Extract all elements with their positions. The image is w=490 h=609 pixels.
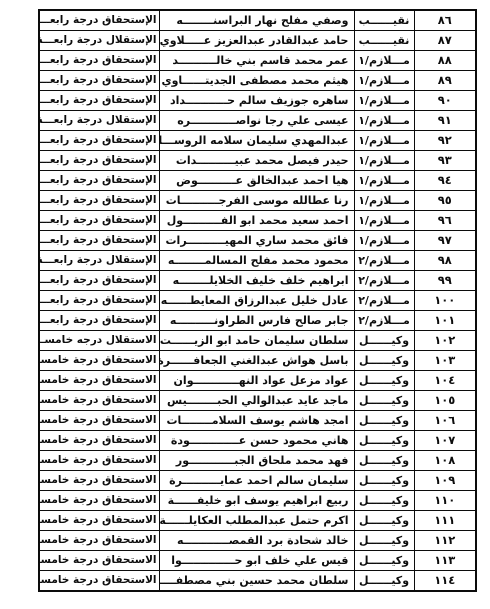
rank-cell: وكيــــــل xyxy=(354,331,414,351)
table-row: ١٠٥ وكيــــــل ماجد عايد عبدالوالي الحبـ… xyxy=(39,391,476,411)
medal-cell: الإستحقاق درجة رابعـــة xyxy=(39,151,159,171)
name-cell: امجد هاشم يوسف السلامــــــــات xyxy=(159,411,354,431)
row-number-cell: ٩١ xyxy=(414,111,476,131)
rank-cell: مـــلازم/٢ xyxy=(354,251,414,271)
medal-cell: الاستحقاق درجة خامســة xyxy=(39,551,159,571)
rank-cell: وكيــــــل xyxy=(354,491,414,511)
name-cell: سليمان سالم احمد عمايــــــــــرة xyxy=(159,471,354,491)
rank-cell: وكيــــــل xyxy=(354,511,414,531)
rank-cell: وكيــــــل xyxy=(354,551,414,571)
medal-cell: الاستحقاق درجة خامســة xyxy=(39,571,159,592)
row-number-cell: ٩٣ xyxy=(414,151,476,171)
medal-cell: الإستحقاق درجة رابعـــة xyxy=(39,131,159,151)
table-row: ٩٩ مـــلازم/٢ ابراهيم خلف خليف الخلايلــ… xyxy=(39,271,476,291)
table-row: ١٠٩ وكيــــــل سليمان سالم احمد عمايــــ… xyxy=(39,471,476,491)
rank-cell: نقيــــــب xyxy=(354,10,414,31)
medal-cell: الاستحقاق درجة خامســة xyxy=(39,431,159,451)
table-row: ٩٥ مـــلازم/١ رنا عطالله موسى الفرجـــــ… xyxy=(39,191,476,211)
name-cell: سلطان محمد حسين بني مصطفــــــى xyxy=(159,571,354,592)
medal-cell: الإستحقاق درجة رابعـــة xyxy=(39,311,159,331)
row-number-cell: ٨٩ xyxy=(414,71,476,91)
name-cell: عيسى علي رجا نواصــــــــــــره xyxy=(159,111,354,131)
row-number-cell: ١١٤ xyxy=(414,571,476,592)
rank-cell: مـــلازم/١ xyxy=(354,131,414,151)
rank-cell: وكيــــــل xyxy=(354,431,414,451)
row-number-cell: ١٠٦ xyxy=(414,411,476,431)
name-cell: عمر محمد قاسم بني خالــــــــــد xyxy=(159,51,354,71)
medal-cell: الإستقلال درجة رابعـــة xyxy=(39,251,159,271)
row-number-cell: ١٠٧ xyxy=(414,431,476,451)
table-row: ١٠٣ وكيــــــل باسل هواش عبدالغني الجعاف… xyxy=(39,351,476,371)
row-number-cell: ١٠٠ xyxy=(414,291,476,311)
rank-cell: مـــلازم/١ xyxy=(354,91,414,111)
name-cell: خالد شحادة برد القمصــــــــــــه xyxy=(159,531,354,551)
rank-cell: مـــلازم/١ xyxy=(354,111,414,131)
name-cell: ماجد عايد عبدالوالي الحبــــــــيس xyxy=(159,391,354,411)
rank-cell: وكيــــــل xyxy=(354,531,414,551)
rank-cell: وكيــــــل xyxy=(354,391,414,411)
name-cell: جابر صالح فارس الطراونــــــــــه xyxy=(159,311,354,331)
row-number-cell: ٩٩ xyxy=(414,271,476,291)
medal-cell: الاستحقاق درجة خامســة xyxy=(39,471,159,491)
medal-cell: الإستحقاق درجة رابعـــة xyxy=(39,191,159,211)
name-cell: وصفي مفلح نهار البراسنــــــــه xyxy=(159,10,354,31)
row-number-cell: ٨٨ xyxy=(414,51,476,71)
rank-cell: مـــلازم/١ xyxy=(354,71,414,91)
medal-cell: الإستحقاق درجة رابعـــة xyxy=(39,271,159,291)
medal-cell: الاستحقاق درجة خامســة xyxy=(39,351,159,371)
table-row: ٨٨ مـــلازم/١ عمر محمد قاسم بني خالـــــ… xyxy=(39,51,476,71)
table-row: ١١٢ وكيــــــل خالد شحادة برد القمصـــــ… xyxy=(39,531,476,551)
medal-cell: الاستحقاق درجة خامســة xyxy=(39,511,159,531)
row-number-cell: ٩٦ xyxy=(414,211,476,231)
name-cell: احمد سعيد محمد ابو الفــــــــــول xyxy=(159,211,354,231)
rank-cell: مـــلازم/٢ xyxy=(354,311,414,331)
row-number-cell: ٩٧ xyxy=(414,231,476,251)
row-number-cell: ١١٣ xyxy=(414,551,476,571)
officers-medal-table: ٨٦ نقيــــــب وصفي مفلح نهار البراسنــــ… xyxy=(38,9,477,592)
name-cell: محمود محمد مفلح المسالمــــــــه xyxy=(159,251,354,271)
row-number-cell: ٩٢ xyxy=(414,131,476,151)
name-cell: فهد محمد ملحاق الجبــــــــــــور xyxy=(159,451,354,471)
medal-cell: الاستحقاق درجة خامســة xyxy=(39,411,159,431)
rank-cell: مـــلازم/١ xyxy=(354,171,414,191)
rank-cell: وكيــــــل xyxy=(354,451,414,471)
row-number-cell: ١٠٩ xyxy=(414,471,476,491)
medal-cell: الإستقلال درجة رابعـــة xyxy=(39,31,159,51)
name-cell: باسل هواش عبدالغني الجعافــــــرة xyxy=(159,351,354,371)
rank-cell: وكيــــــل xyxy=(354,571,414,592)
table-row: ١٠٤ وكيــــــل عواد مزعل عواد النهــــــ… xyxy=(39,371,476,391)
table-row: ٩٤ مـــلازم/١ هيا احمد عبدالخالق عــــــ… xyxy=(39,171,476,191)
table-row: ٩٧ مـــلازم/١ فائق محمد ساري المهيــــــ… xyxy=(39,231,476,251)
table-row: ٩٢ مـــلازم/١ عبدالمهدي سليمان سلامه الر… xyxy=(39,131,476,151)
name-cell: ابراهيم خلف خليف الخلايلــــــــه xyxy=(159,271,354,291)
table-row: ٩١ مـــلازم/١ عيسى علي رجا نواصـــــــــ… xyxy=(39,111,476,131)
rank-cell: مـــلازم/١ xyxy=(354,211,414,231)
medal-cell: الإستحقاق درجة رابعـــة xyxy=(39,91,159,111)
rank-cell: نقيــــــب xyxy=(354,31,414,51)
name-cell: ساهره جوزيف سالم حـــــــــــداد xyxy=(159,91,354,111)
name-cell: قيس علي خلف ابو حــــــــــــــوا xyxy=(159,551,354,571)
medal-cell: الاستقلال درجه خامســة xyxy=(39,331,159,351)
row-number-cell: ١٠٢ xyxy=(414,331,476,351)
row-number-cell: ٩٠ xyxy=(414,91,476,111)
table-row: ١١٤ وكيــــــل سلطان محمد حسين بني مصطفـ… xyxy=(39,571,476,592)
name-cell: عبدالمهدي سليمان سلامه الروســـان xyxy=(159,131,354,151)
medal-cell: الإستحقاق درجة رابعـــة xyxy=(39,291,159,311)
rank-cell: وكيــــــل xyxy=(354,471,414,491)
table-row: ٩٨ مـــلازم/٢ محمود محمد مفلح المسالمـــ… xyxy=(39,251,476,271)
name-cell: فائق محمد ساري المهيــــــــــرات xyxy=(159,231,354,251)
row-number-cell: ٨٧ xyxy=(414,31,476,51)
table-row: ١٠٦ وكيــــــل امجد هاشم يوسف السلامــــ… xyxy=(39,411,476,431)
table-row: ١٠٨ وكيــــــل فهد محمد ملحاق الجبــــــ… xyxy=(39,451,476,471)
table-row: ٩٠ مـــلازم/١ ساهره جوزيف سالم حــــــــ… xyxy=(39,91,476,111)
table-row: ٨٧ نقيــــــب حامد عبدالقادر عبدالعزيز ع… xyxy=(39,31,476,51)
medal-cell: الإستحقاق درجة رابعـــة xyxy=(39,231,159,251)
name-cell: هاني محمود حسن عـــــــــــــودة xyxy=(159,431,354,451)
medal-cell: الاستحقاق درجة خامســة xyxy=(39,451,159,471)
medal-cell: الاستحقاق درجة خامســة xyxy=(39,371,159,391)
table-body: ٨٦ نقيــــــب وصفي مفلح نهار البراسنــــ… xyxy=(39,10,476,591)
row-number-cell: ٩٨ xyxy=(414,251,476,271)
name-cell: هيثم محمد مصطفى الجديتــــــاوي xyxy=(159,71,354,91)
medal-cell: الإستحقاق درجة رابعـــة xyxy=(39,51,159,71)
rank-cell: مـــلازم/١ xyxy=(354,231,414,251)
name-cell: عواد مزعل عواد النهــــــــــــوان xyxy=(159,371,354,391)
row-number-cell: ١٠١ xyxy=(414,311,476,331)
medal-cell: الاستحقاق درجة خامســة xyxy=(39,531,159,551)
medal-cell: الاستحقاق درجة خامســة xyxy=(39,491,159,511)
medal-cell: الإستحقاق درجة رابعـــة xyxy=(39,211,159,231)
medal-cell: الإستقلال درجة رابعـــة xyxy=(39,111,159,131)
row-number-cell: ١١١ xyxy=(414,511,476,531)
name-cell: ربيع ابراهيم يوسف ابو خليفــــــة xyxy=(159,491,354,511)
row-number-cell: ١٠٣ xyxy=(414,351,476,371)
rank-cell: مـــلازم/٢ xyxy=(354,291,414,311)
table-row: ١٠١ مـــلازم/٢ جابر صالح فارس الطراونـــ… xyxy=(39,311,476,331)
row-number-cell: ٨٦ xyxy=(414,10,476,31)
table-row: ١٠٧ وكيــــــل هاني محمود حسن عـــــــــ… xyxy=(39,431,476,451)
row-number-cell: ٩٤ xyxy=(414,171,476,191)
medal-cell: الإستحقاق درجة رابعـــة xyxy=(39,10,159,31)
name-cell: اكرم حتمل عبدالمطلب العكايلــــــة xyxy=(159,511,354,531)
table-row: ١١٠ وكيــــــل ربيع ابراهيم يوسف ابو خلي… xyxy=(39,491,476,511)
name-cell: حيدر فيصل محمد عبيــــــــــدات xyxy=(159,151,354,171)
scanned-document-page: ٨٦ نقيــــــب وصفي مفلح نهار البراسنــــ… xyxy=(0,0,490,609)
row-number-cell: ١١٠ xyxy=(414,491,476,511)
table-row: ١١٣ وكيــــــل قيس علي خلف ابو حــــــــ… xyxy=(39,551,476,571)
name-cell: سلطان سليمان حامد ابو الزيــــــت xyxy=(159,331,354,351)
row-number-cell: ١٠٨ xyxy=(414,451,476,471)
row-number-cell: ١٠٥ xyxy=(414,391,476,411)
table-row: ٨٩ مـــلازم/١ هيثم محمد مصطفى الجديتــــ… xyxy=(39,71,476,91)
medal-cell: الإستحقاق درجة رابعـــة xyxy=(39,71,159,91)
table-row: ٨٦ نقيــــــب وصفي مفلح نهار البراسنــــ… xyxy=(39,10,476,31)
table-row: ١١١ وكيــــــل اكرم حتمل عبدالمطلب العكا… xyxy=(39,511,476,531)
rank-cell: مـــلازم/١ xyxy=(354,151,414,171)
row-number-cell: ١٠٤ xyxy=(414,371,476,391)
table-row: ١٠٠ مـــلازم/٢ عادل خليل عبدالرزاق المعا… xyxy=(39,291,476,311)
row-number-cell: ١١٢ xyxy=(414,531,476,551)
name-cell: رنا عطالله موسى الفرجــــــــــات xyxy=(159,191,354,211)
rank-cell: مـــلازم/٢ xyxy=(354,271,414,291)
medal-cell: الاستحقاق درجة خامســة xyxy=(39,391,159,411)
medal-cell: الإستحقاق درجة رابعـــة xyxy=(39,171,159,191)
name-cell: حامد عبدالقادر عبدالعزيز عـــــلاوي xyxy=(159,31,354,51)
name-cell: عادل خليل عبدالرزاق المعايطــــــه xyxy=(159,291,354,311)
rank-cell: وكيــــــل xyxy=(354,371,414,391)
rank-cell: وكيــــــل xyxy=(354,351,414,371)
table-row: ٩٣ مـــلازم/١ حيدر فيصل محمد عبيــــــــ… xyxy=(39,151,476,171)
row-number-cell: ٩٥ xyxy=(414,191,476,211)
table-row: ٩٦ مـــلازم/١ احمد سعيد محمد ابو الفــــ… xyxy=(39,211,476,231)
table-row: ١٠٢ وكيــــــل سلطان سليمان حامد ابو الز… xyxy=(39,331,476,351)
rank-cell: وكيــــــل xyxy=(354,411,414,431)
name-cell: هيا احمد عبدالخالق عــــــــــوض xyxy=(159,171,354,191)
rank-cell: مـــلازم/١ xyxy=(354,191,414,211)
rank-cell: مـــلازم/١ xyxy=(354,51,414,71)
